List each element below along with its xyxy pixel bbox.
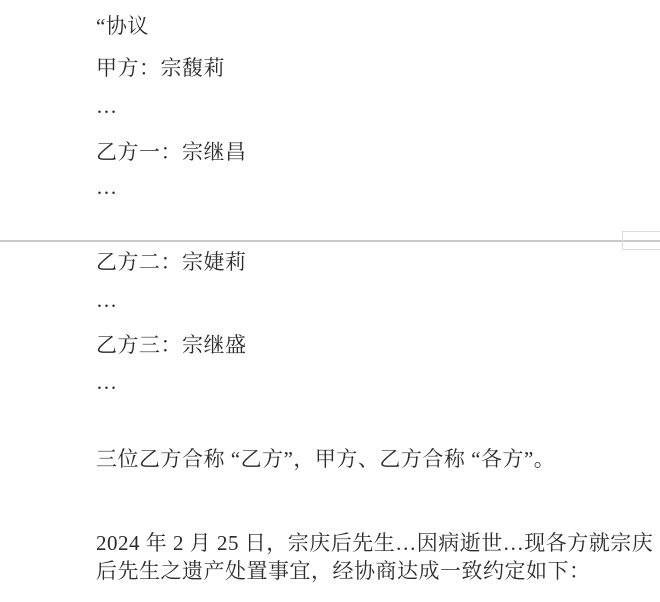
agreement-title-line: “协议 [96, 15, 644, 37]
next-page-corner-marker [622, 231, 660, 250]
party-b1-line: 乙方一：宗继昌 [96, 141, 644, 163]
preamble-line-2: 后先生之遗产处置事宜，经协商达成一致约定如下： [96, 560, 644, 582]
page-break-divider [0, 240, 660, 242]
party-b3-line: 乙方三：宗继盛 [96, 334, 644, 356]
ellipsis-line: … [96, 176, 644, 198]
party-a-line: 甲方：宗馥莉 [96, 57, 644, 79]
preamble-line-1: 2024 年 2 月 25 日，宗庆后先生…因病逝世…现各方就宗庆 [96, 532, 644, 554]
ellipsis-line: … [96, 371, 644, 393]
party-b2-line: 乙方二：宗婕莉 [96, 251, 644, 273]
ellipsis-line: … [96, 95, 644, 117]
parties-definition-line: 三位乙方合称 “乙方”，甲方、乙方合称 “各方”。 [96, 448, 644, 470]
document-page: “协议 甲方：宗馥莉 … 乙方一：宗继昌 … 乙方二：宗婕莉 … 乙方三：宗继盛… [0, 0, 660, 602]
ellipsis-line: … [96, 289, 644, 311]
